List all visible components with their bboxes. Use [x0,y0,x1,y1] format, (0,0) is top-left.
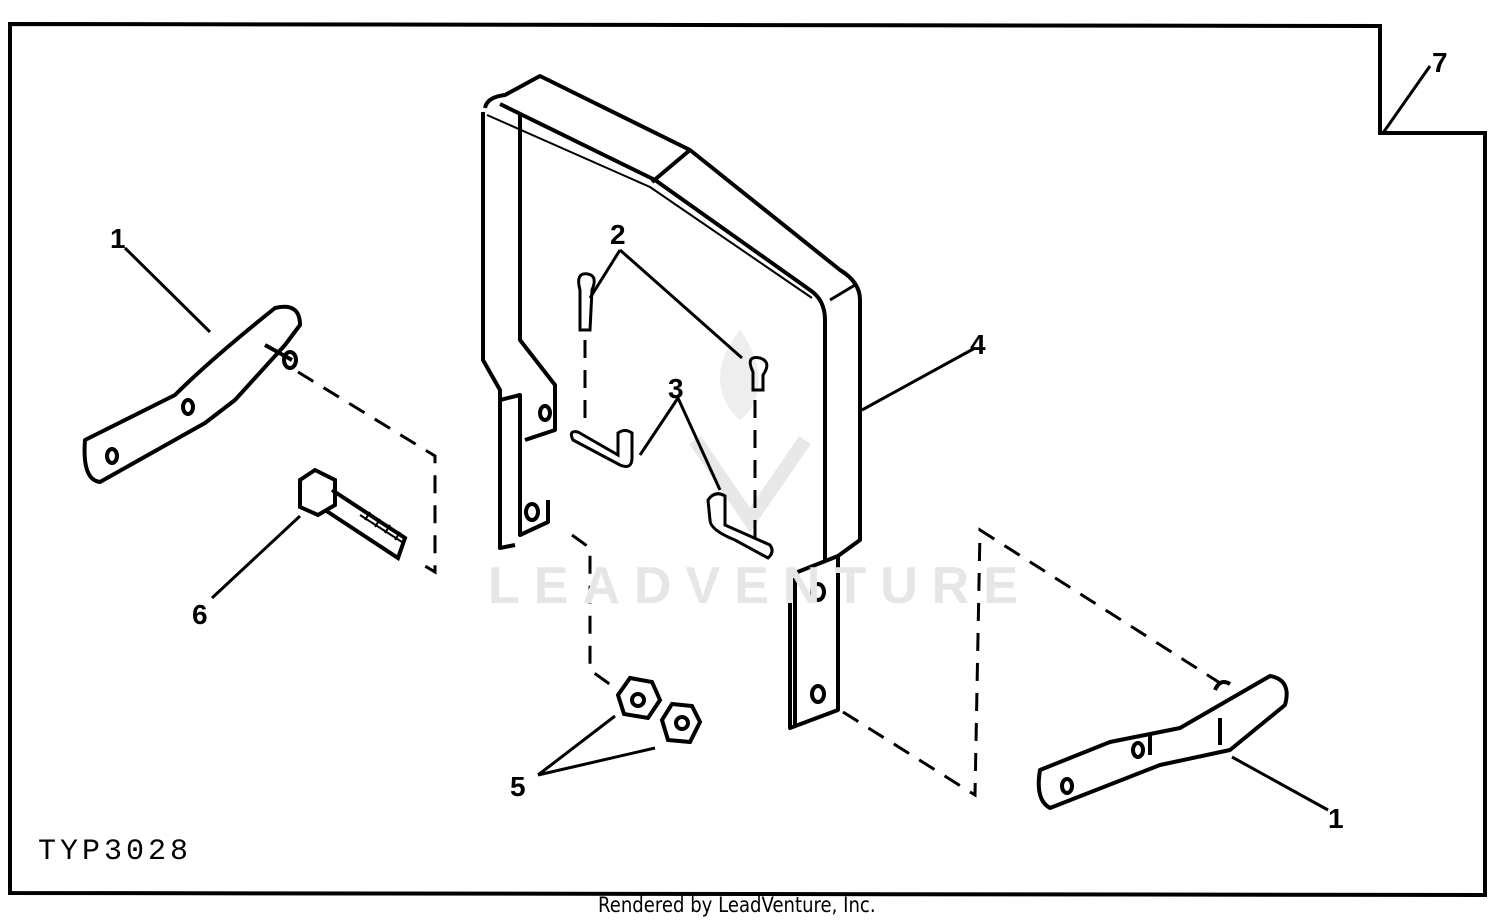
lock-nuts [618,678,700,742]
hitch-arm-right [1039,676,1287,808]
kit-boundary [10,24,1485,895]
callout-5: 5 [510,771,526,802]
parts-diagram: 1 1 2 3 4 5 6 7 [0,0,1500,924]
l-pins [571,431,772,559]
callout-4: 4 [970,329,986,360]
render-credit: Rendered by LeadVenture, Inc. [598,893,876,917]
callout-1-right: 1 [1328,803,1344,834]
callout-3: 3 [668,373,684,404]
hitch-arm-left [85,307,300,482]
bolt [300,470,405,558]
figure-id: TYP3028 [38,835,192,869]
callout-1-left: 1 [110,223,126,254]
callout-7: 7 [1432,47,1448,78]
callout-2: 2 [610,219,626,250]
callout-6: 6 [192,599,208,630]
watermark-text: LEADVENTURE [488,556,1032,616]
